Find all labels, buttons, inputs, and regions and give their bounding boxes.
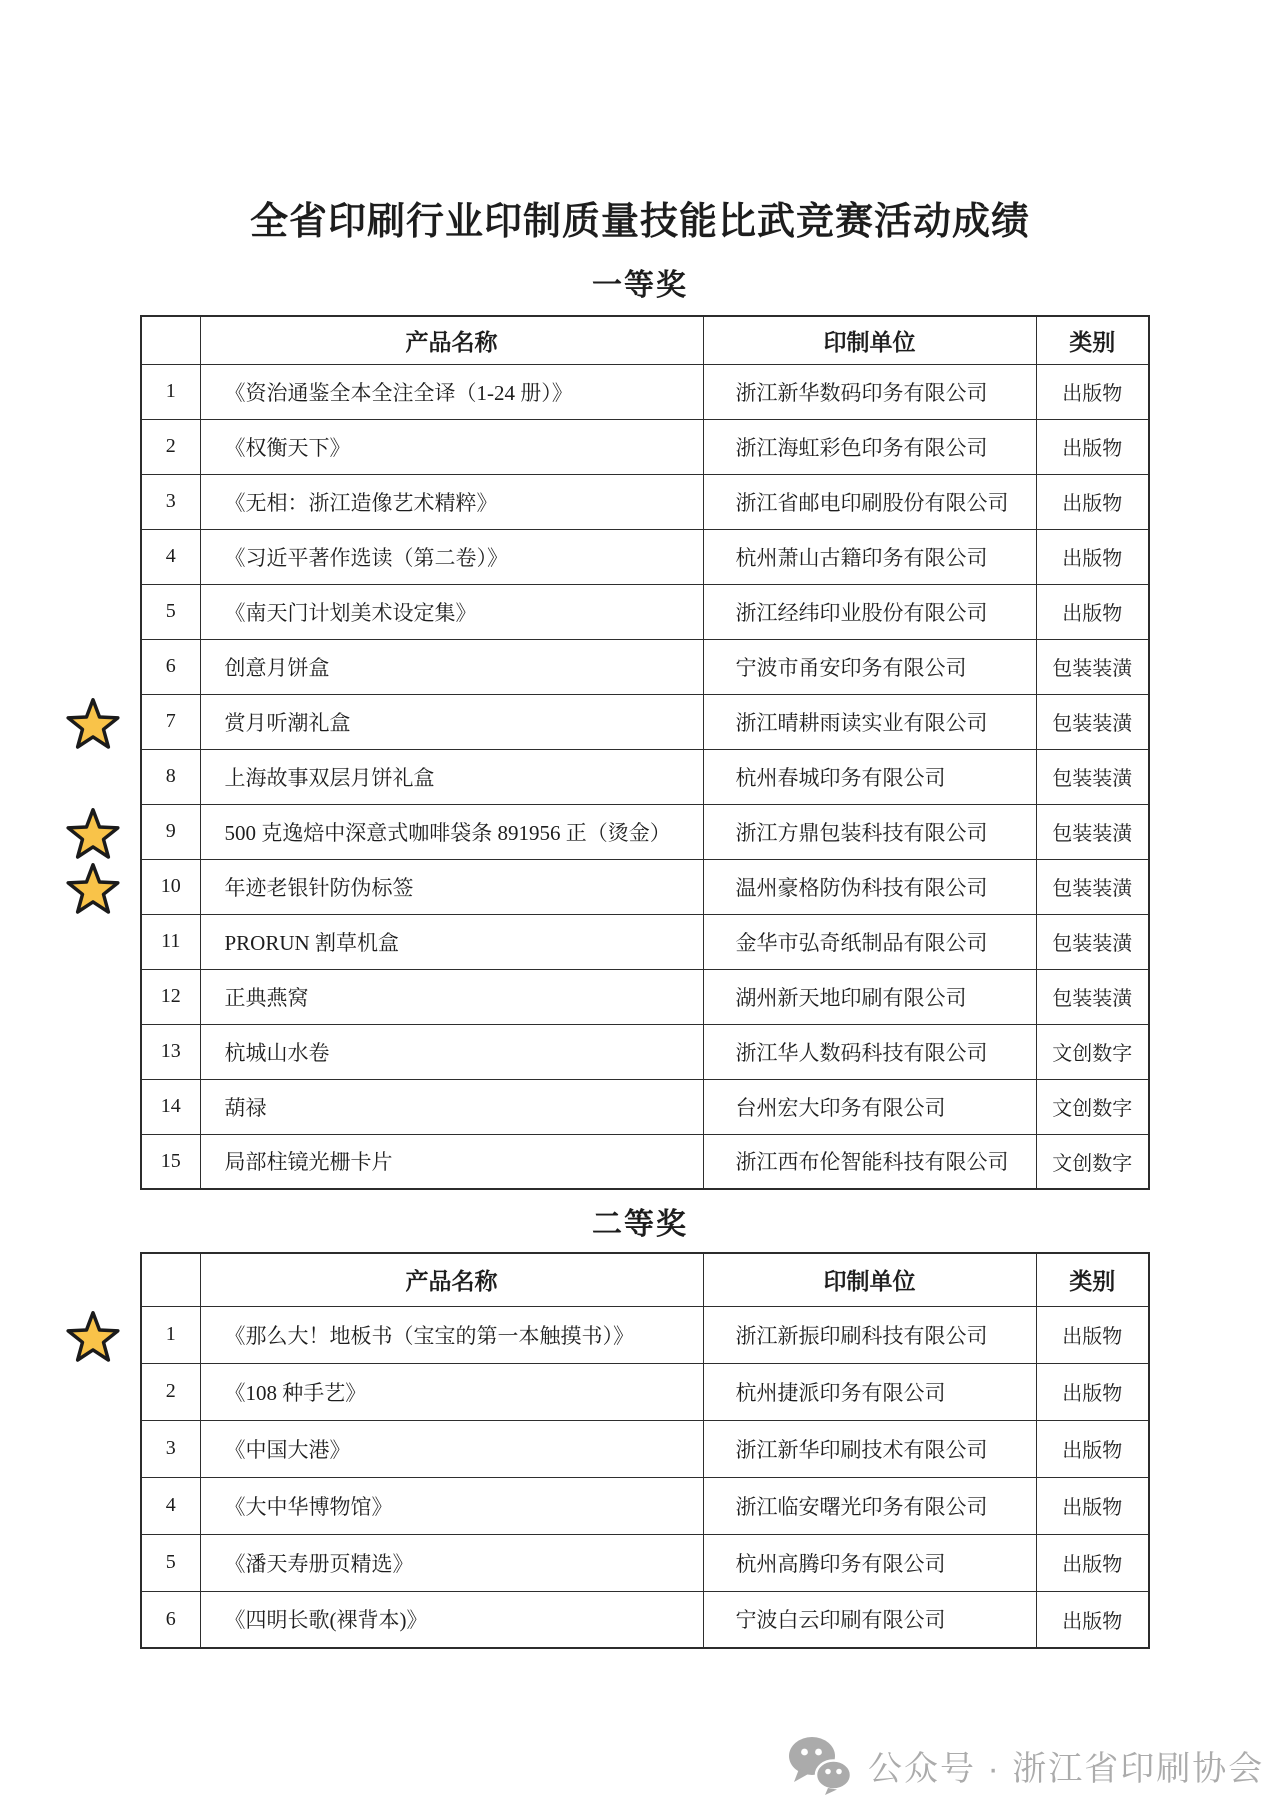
header-number	[141, 1253, 200, 1306]
table-row: 2 《权衡天下》 浙江海虹彩色印务有限公司 出版物	[141, 419, 1149, 474]
table-row: 1 《资治通鉴全本全注全译（1-24 册）》 浙江新华数码印务有限公司 出版物	[141, 364, 1149, 419]
category-cell: 出版物	[1036, 529, 1149, 584]
product-name-cell: 《大中华博物馆》	[200, 1477, 703, 1534]
table-row: 13 杭城山水卷 浙江华人数码科技有限公司 文创数字	[141, 1024, 1149, 1079]
row-number-cell: 13	[141, 1024, 200, 1079]
company-cell: 浙江临安曙光印务有限公司	[703, 1477, 1036, 1534]
row-number-cell: 3	[141, 474, 200, 529]
company-cell: 浙江华人数码科技有限公司	[703, 1024, 1036, 1079]
table-row: 6 创意月饼盒 宁波市甬安印务有限公司 包装装潢	[141, 639, 1149, 694]
category-cell: 出版物	[1036, 474, 1149, 529]
company-cell: 浙江新华印刷技术有限公司	[703, 1420, 1036, 1477]
product-name-cell: 年迹老银针防伪标签	[200, 859, 703, 914]
product-name-cell: 《无相：浙江造像艺术精粹》	[200, 474, 703, 529]
category-cell: 包装装潢	[1036, 914, 1149, 969]
page-title: 全省印刷行业印制质量技能比武竞赛活动成绩	[0, 190, 1280, 245]
company-cell: 杭州春城印务有限公司	[703, 749, 1036, 804]
company-cell: 浙江西布伦智能科技有限公司	[703, 1134, 1036, 1189]
row-number-cell: 1	[141, 1306, 200, 1363]
product-name-cell: 《习近平著作选读（第二卷）》	[200, 529, 703, 584]
row-number-cell: 6	[141, 639, 200, 694]
star-icon	[64, 1307, 122, 1365]
category-cell: 出版物	[1036, 1363, 1149, 1420]
row-number-cell: 3	[141, 1420, 200, 1477]
product-name-cell: PRORUN 割草机盒	[200, 914, 703, 969]
table-row: 15 局部柱镜光栅卡片 浙江西布伦智能科技有限公司 文创数字	[141, 1134, 1149, 1189]
table-row: 12 正典燕窝 湖州新天地印刷有限公司 包装装潢	[141, 969, 1149, 1024]
table-row: 6 《四明长歌(裸背本)》 宁波白云印刷有限公司 出版物	[141, 1591, 1149, 1648]
company-cell: 宁波白云印刷有限公司	[703, 1591, 1036, 1648]
category-cell: 出版物	[1036, 1534, 1149, 1591]
company-cell: 浙江方鼎包装科技有限公司	[703, 804, 1036, 859]
star-icon	[64, 694, 122, 752]
header-number	[141, 316, 200, 364]
product-name-cell: 500 克逸焙中深意式咖啡袋条 891956 正（烫金）	[200, 804, 703, 859]
category-cell: 出版物	[1036, 364, 1149, 419]
company-cell: 金华市弘奇纸制品有限公司	[703, 914, 1036, 969]
product-name-cell: 赏月听潮礼盒	[200, 694, 703, 749]
header-category: 类别	[1036, 316, 1149, 364]
company-cell: 宁波市甬安印务有限公司	[703, 639, 1036, 694]
category-cell: 包装装潢	[1036, 639, 1149, 694]
star-icon	[64, 804, 122, 862]
wechat-watermark: 公众号 · 浙江省印刷协会	[786, 1735, 1264, 1795]
product-name-cell: 《那么大！地板书（宝宝的第一本触摸书）》	[200, 1306, 703, 1363]
product-name-cell: 局部柱镜光栅卡片	[200, 1134, 703, 1189]
company-cell: 浙江晴耕雨读实业有限公司	[703, 694, 1036, 749]
star-marker	[64, 1307, 122, 1365]
row-number-cell: 9	[141, 804, 200, 859]
row-number-cell: 8	[141, 749, 200, 804]
header-printing-company: 印制单位	[703, 316, 1036, 364]
category-cell: 包装装潢	[1036, 859, 1149, 914]
table-row: 1 《那么大！地板书（宝宝的第一本触摸书）》 浙江新振印刷科技有限公司 出版物	[141, 1306, 1149, 1363]
section-title-second-prize: 二等奖	[0, 1199, 1280, 1243]
category-cell: 出版物	[1036, 1477, 1149, 1534]
table-row: 4 《习近平著作选读（第二卷）》 杭州萧山古籍印务有限公司 出版物	[141, 529, 1149, 584]
row-number-cell: 4	[141, 529, 200, 584]
star-marker	[64, 694, 122, 752]
row-number-cell: 6	[141, 1591, 200, 1648]
product-name-cell: 《108 种手艺》	[200, 1363, 703, 1420]
product-name-cell: 《资治通鉴全本全注全译（1-24 册）》	[200, 364, 703, 419]
row-number-cell: 2	[141, 419, 200, 474]
product-name-cell: 《中国大港》	[200, 1420, 703, 1477]
category-cell: 出版物	[1036, 584, 1149, 639]
table-row: 5 《潘天寿册页精选》 杭州高腾印务有限公司 出版物	[141, 1534, 1149, 1591]
company-cell: 浙江新振印刷科技有限公司	[703, 1306, 1036, 1363]
row-number-cell: 11	[141, 914, 200, 969]
product-name-cell: 创意月饼盒	[200, 639, 703, 694]
category-cell: 包装装潢	[1036, 969, 1149, 1024]
row-number-cell: 4	[141, 1477, 200, 1534]
header-product-name: 产品名称	[200, 316, 703, 364]
table-row: 4 《大中华博物馆》 浙江临安曙光印务有限公司 出版物	[141, 1477, 1149, 1534]
product-name-cell: 葫禄	[200, 1079, 703, 1134]
product-name-cell: 《四明长歌(裸背本)》	[200, 1591, 703, 1648]
product-name-cell: 上海故事双层月饼礼盒	[200, 749, 703, 804]
table-row: 8 上海故事双层月饼礼盒 杭州春城印务有限公司 包装装潢	[141, 749, 1149, 804]
row-number-cell: 5	[141, 1534, 200, 1591]
category-cell: 包装装潢	[1036, 694, 1149, 749]
header-product-name: 产品名称	[200, 1253, 703, 1306]
table-header-row: 产品名称 印制单位 类别	[141, 1253, 1149, 1306]
category-cell: 出版物	[1036, 1306, 1149, 1363]
table-row: 14 葫禄 台州宏大印务有限公司 文创数字	[141, 1079, 1149, 1134]
first-prize-table: 产品名称 印制单位 类别 1 《资治通鉴全本全注全译（1-24 册）》 浙江新华…	[140, 315, 1148, 1190]
table-header-row: 产品名称 印制单位 类别	[141, 316, 1149, 364]
star-marker	[64, 804, 122, 862]
company-cell: 台州宏大印务有限公司	[703, 1079, 1036, 1134]
row-number-cell: 2	[141, 1363, 200, 1420]
table-row: 2 《108 种手艺》 杭州捷派印务有限公司 出版物	[141, 1363, 1149, 1420]
row-number-cell: 14	[141, 1079, 200, 1134]
footer-text: 公众号 · 浙江省印刷协会	[868, 1741, 1264, 1790]
category-cell: 出版物	[1036, 1591, 1149, 1648]
company-cell: 杭州萧山古籍印务有限公司	[703, 529, 1036, 584]
product-name-cell: 《南天门计划美术设定集》	[200, 584, 703, 639]
row-number-cell: 7	[141, 694, 200, 749]
star-icon	[64, 859, 122, 917]
row-number-cell: 10	[141, 859, 200, 914]
company-cell: 浙江新华数码印务有限公司	[703, 364, 1036, 419]
company-cell: 浙江省邮电印刷股份有限公司	[703, 474, 1036, 529]
company-cell: 浙江海虹彩色印务有限公司	[703, 419, 1036, 474]
category-cell: 文创数字	[1036, 1024, 1149, 1079]
category-cell: 出版物	[1036, 1420, 1149, 1477]
company-cell: 湖州新天地印刷有限公司	[703, 969, 1036, 1024]
table-row: 7 赏月听潮礼盒 浙江晴耕雨读实业有限公司 包装装潢	[141, 694, 1149, 749]
product-name-cell: 《权衡天下》	[200, 419, 703, 474]
product-name-cell: 正典燕窝	[200, 969, 703, 1024]
star-marker	[64, 859, 122, 917]
category-cell: 包装装潢	[1036, 749, 1149, 804]
row-number-cell: 12	[141, 969, 200, 1024]
category-cell: 文创数字	[1036, 1134, 1149, 1189]
table-row: 3 《中国大港》 浙江新华印刷技术有限公司 出版物	[141, 1420, 1149, 1477]
table-row: 3 《无相：浙江造像艺术精粹》 浙江省邮电印刷股份有限公司 出版物	[141, 474, 1149, 529]
table-row: 10 年迹老银针防伪标签 温州豪格防伪科技有限公司 包装装潢	[141, 859, 1149, 914]
row-number-cell: 15	[141, 1134, 200, 1189]
table-row: 9 500 克逸焙中深意式咖啡袋条 891956 正（烫金） 浙江方鼎包装科技有…	[141, 804, 1149, 859]
category-cell: 出版物	[1036, 419, 1149, 474]
header-printing-company: 印制单位	[703, 1253, 1036, 1306]
company-cell: 浙江经纬印业股份有限公司	[703, 584, 1036, 639]
category-cell: 文创数字	[1036, 1079, 1149, 1134]
company-cell: 杭州高腾印务有限公司	[703, 1534, 1036, 1591]
table-row: 11 PRORUN 割草机盒 金华市弘奇纸制品有限公司 包装装潢	[141, 914, 1149, 969]
row-number-cell: 5	[141, 584, 200, 639]
row-number-cell: 1	[141, 364, 200, 419]
company-cell: 温州豪格防伪科技有限公司	[703, 859, 1036, 914]
section-title-first-prize: 一等奖	[0, 260, 1280, 304]
header-category: 类别	[1036, 1253, 1149, 1306]
category-cell: 包装装潢	[1036, 804, 1149, 859]
table-row: 5 《南天门计划美术设定集》 浙江经纬印业股份有限公司 出版物	[141, 584, 1149, 639]
second-prize-table: 产品名称 印制单位 类别 1 《那么大！地板书（宝宝的第一本触摸书）》 浙江新振…	[140, 1252, 1148, 1649]
product-name-cell: 杭城山水卷	[200, 1024, 703, 1079]
product-name-cell: 《潘天寿册页精选》	[200, 1534, 703, 1591]
wechat-icon	[786, 1735, 854, 1795]
company-cell: 杭州捷派印务有限公司	[703, 1363, 1036, 1420]
